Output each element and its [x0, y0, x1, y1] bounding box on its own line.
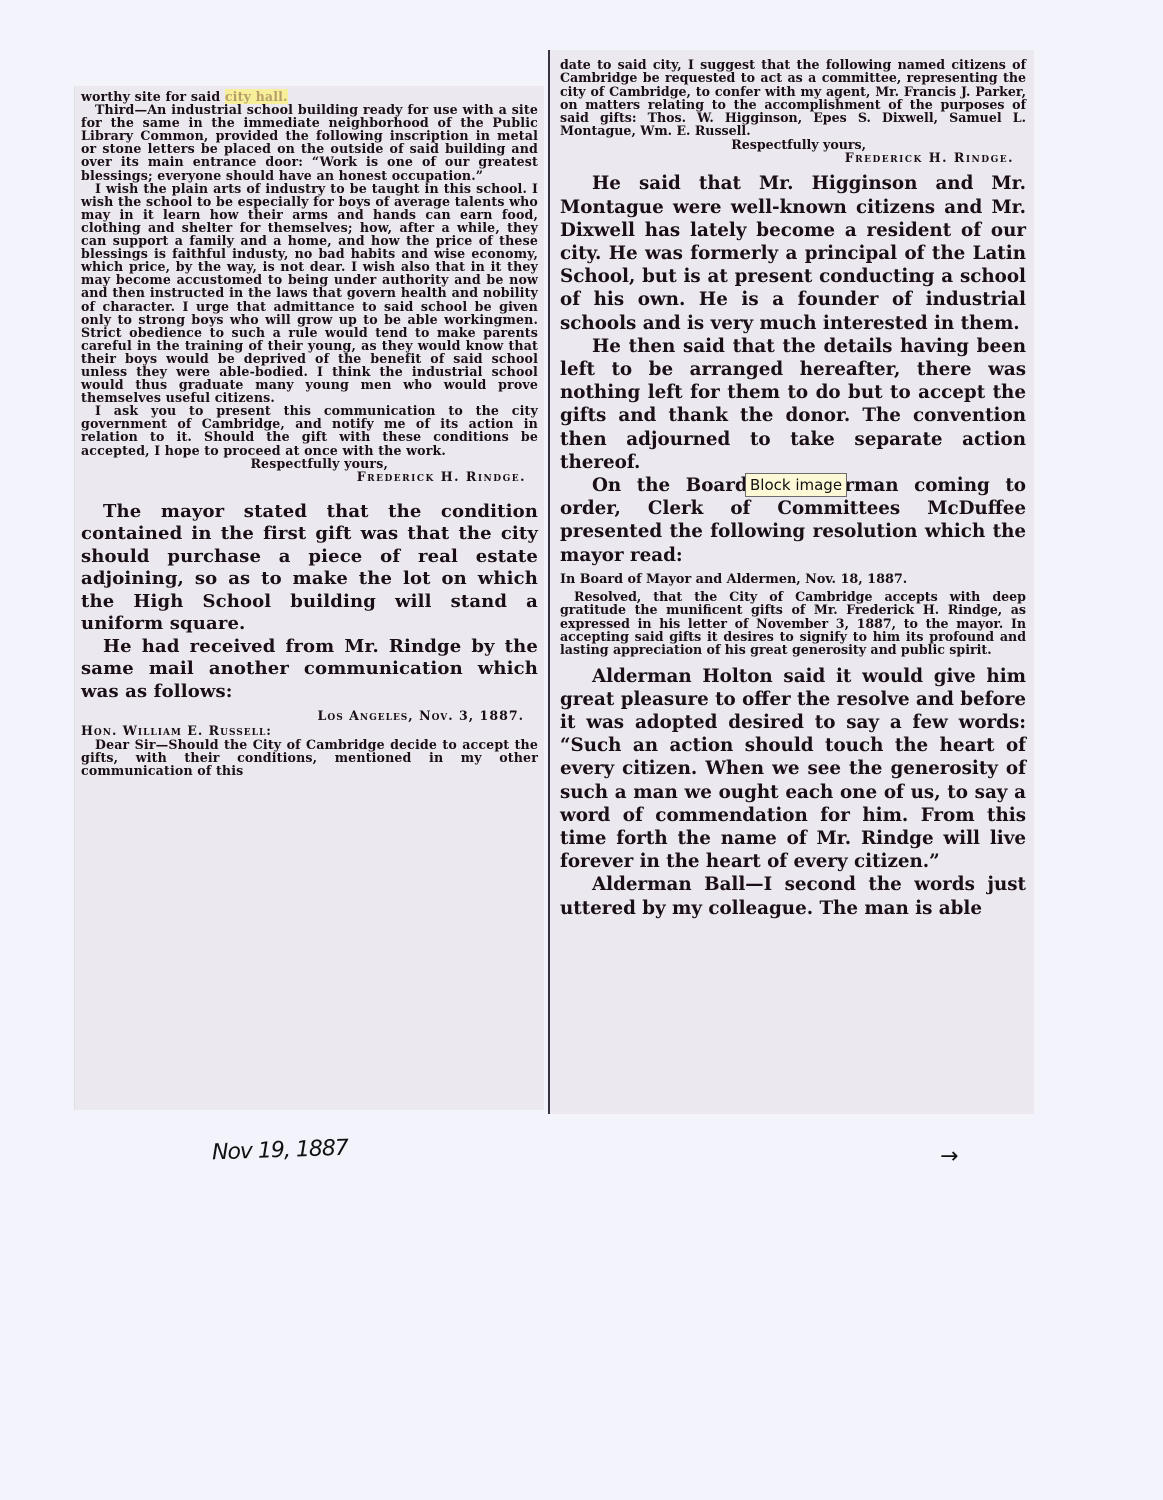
paragraph: Alderman Holton said it would give him g… [560, 665, 1026, 874]
resolution-text: Resolved, that the City of Cambridge acc… [560, 590, 1026, 656]
resolution-heading: In Board of Mayor and Aldermen, Nov. 18,… [560, 573, 1026, 586]
letter-dateline: Los Angeles, Nov. 3, 1887. [81, 709, 538, 722]
left-column-clipping: worthy site for said city hall. Third—An… [74, 86, 544, 1110]
right-column-clipping: date to said city, I suggest that the fo… [548, 50, 1034, 1114]
handwritten-date-annotation: Nov 19, 1887 [212, 1136, 349, 1166]
paragraph: date to said city, I suggest that the fo… [560, 58, 1026, 138]
paragraph: He said that Mr. Higginson and Mr. Monta… [560, 172, 1026, 334]
paragraph: Alderman Ball—I second the words just ut… [560, 873, 1026, 919]
paragraph: The mayor stated that the condition cont… [81, 501, 538, 636]
block-image-tooltip[interactable]: Block image [745, 473, 847, 497]
signature-name: Frederick H. Rindge. [560, 151, 1026, 164]
arrow-right-icon: → [940, 1146, 958, 1168]
paragraph: I ask you to present this communication … [81, 404, 538, 456]
signature-closing: Respectfully yours, [560, 138, 1026, 151]
signature-closing: Respectfully yours, [81, 457, 538, 470]
paragraph: Dear Sir—Should the City of Cambridge de… [81, 738, 538, 777]
paragraph: He then said that the details having bee… [560, 335, 1026, 474]
paragraph: I wish the plain arts of industry to be … [81, 182, 538, 405]
letter-salutation: Hon. William E. Russell: [81, 724, 538, 737]
signature-name: Frederick H. Rindge. [81, 470, 538, 483]
paragraph: He had received from Mr. Rindge by the s… [81, 636, 538, 704]
paragraph: Third—An industrial school building read… [81, 103, 538, 182]
